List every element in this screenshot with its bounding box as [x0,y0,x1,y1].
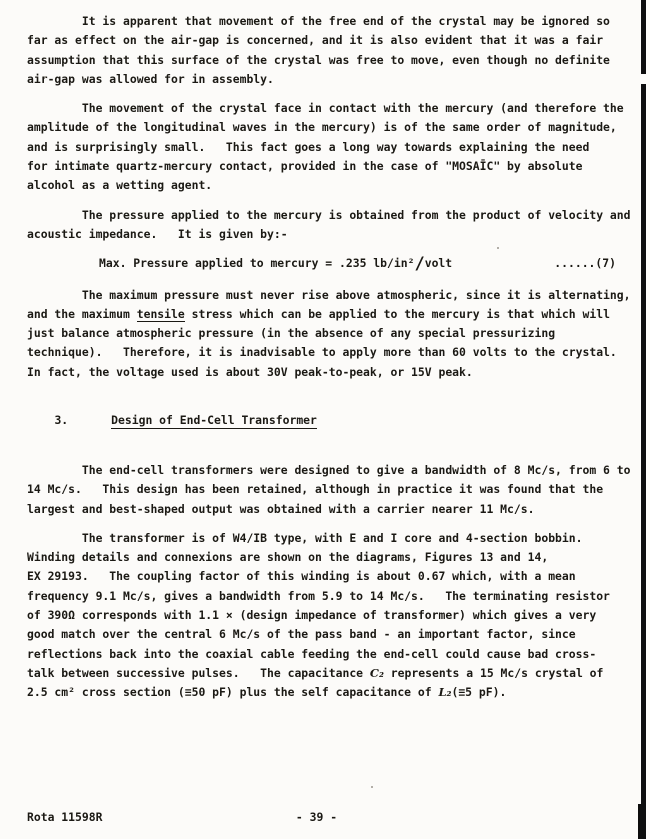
equation-max-pressure: Max. Pressure applied to mercury = .235 … [27,254,634,273]
page-footer: Rota 11598R - 39 - [27,808,634,827]
paragraph-maximum-pressure: The maximum pressure must never rise abo… [27,286,634,382]
scan-speck [44,76,46,78]
paragraph-crystal-free-end: It is apparent that movement of the free… [27,12,634,89]
inductance-symbol: L₂ [438,685,451,699]
page-number: - 39 - [296,808,337,827]
document-page: It is apparent that movement of the free… [0,0,650,839]
equation-expression: Max. Pressure applied to mercury = .235 … [99,254,452,273]
paragraph-end-cell-transformers: The end-cell transformers were designed … [27,461,634,519]
paragraph-pressure-applied: The pressure applied to the mercury is o… [27,206,634,245]
scan-artifact-corner [638,804,646,839]
scan-artifact-right-bar [641,84,646,839]
scan-artifact-right-bar [641,0,646,74]
text-segment: volt [425,256,452,270]
underlined-word-tensile: tensile [137,307,185,323]
section-title: Design of End-Cell Transformer [111,413,317,429]
document-reference: Rota 11598R [27,808,310,827]
scan-speck [497,247,499,249]
fraction-slash: / [414,254,424,274]
paragraph-transformer-details: The transformer is of W4/IB type, with E… [27,529,634,703]
section-number: 3. [54,413,68,427]
text-segment: Max. Pressure applied to mercury = .235 … [99,256,414,270]
equation-number: ......(7) [554,254,616,273]
text-segment: The transformer is of W4/IB type, with E… [27,531,610,680]
section-heading: 3.Design of End-Cell Transformer [27,392,634,450]
capacitance-symbol: C₂ [370,666,384,680]
text-segment: (≡5 pF). [451,685,506,699]
scan-speck [371,786,373,788]
paragraph-crystal-face-mercury: The movement of the crystal face in cont… [27,99,634,195]
